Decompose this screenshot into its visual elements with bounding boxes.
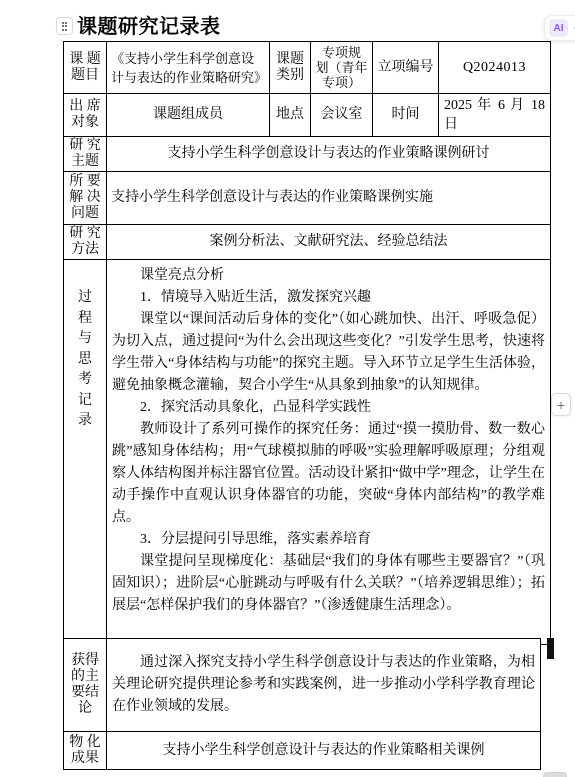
header-cell-category[interactable]: 课题 类别	[270, 42, 311, 94]
table-row-research-theme: 研 究 主题 支持小学生科学创意设计与表达的作业策略课例研讨	[64, 137, 551, 172]
process-paragraph: 1．情境导入贴近生活，激发探究兴趣	[112, 287, 545, 309]
table-row-method: 研 究 方法 案例分析法、文献研究法、经验总结法	[64, 225, 551, 260]
record-table: 课 题 题目 《支持小学生科学创意设计与表达的作业策略研究》 课题 类别 专项规…	[63, 41, 551, 645]
table-row-outcome: 物 化 成果 支持小学生科学创意设计与表达的作业策略相关课例	[64, 732, 541, 770]
process-paragraph: 教师设计了系列可操作的探究任务：通过“摸一摸肋骨、数一数心跳”感知身体结构；用“…	[112, 419, 545, 529]
process-paragraph: 课堂亮点分析	[112, 265, 545, 287]
process-paragraph: 课堂以“课间活动后身体的变化”（如心跳加快、出汗、呼吸急促）为切入点，通过提问“…	[112, 309, 545, 397]
scrollbar-fragment[interactable]	[543, 772, 567, 777]
value-cell-location[interactable]: 会议室	[311, 94, 373, 137]
value-cell-category[interactable]: 专项规 划（青年 专项）	[311, 42, 373, 94]
ai-toolbar: AI	[544, 15, 575, 41]
table-resize-handle[interactable]	[547, 638, 554, 659]
table-row-conclusion: 获得 的主 要结 论 通过深入探究支持小学生科学创意设计与表达的作业策略，为相关…	[64, 639, 541, 732]
header-cell-method[interactable]: 研 究 方法	[64, 225, 107, 260]
value-cell-outcome[interactable]: 支持小学生科学创意设计与表达的作业策略相关课例	[107, 732, 541, 770]
value-cell-topic[interactable]: 《支持小学生科学创意设计与表达的作业策略研究》	[107, 42, 270, 94]
table-row-process: 过 程 与 思 考 记 录 课堂亮点分析 1．情境导入贴近生活，激发探究兴趣 课…	[64, 260, 551, 645]
header-cell-time[interactable]: 时间	[373, 94, 439, 137]
header-cell-attendees[interactable]: 出 席 对象	[64, 94, 107, 137]
drag-handle[interactable]	[56, 17, 73, 35]
page-title[interactable]: 课题研究记录表	[77, 10, 221, 39]
table-row-topic: 课 题 题目 《支持小学生科学创意设计与表达的作业策略研究》 课题 类别 专项规…	[64, 42, 551, 94]
value-cell-attendees[interactable]: 课题组成员	[107, 94, 270, 137]
header-cell-location[interactable]: 地点	[270, 94, 311, 137]
insert-block-button[interactable]: +	[551, 393, 571, 416]
ai-button[interactable]: AI	[549, 19, 568, 37]
value-cell-date[interactable]: 2025 年 6 月 18 日	[439, 94, 551, 137]
header-cell-process[interactable]: 过 程 与 思 考 记 录	[64, 260, 107, 645]
table-row-attendance: 出 席 对象 课题组成员 地点 会议室 时间 2025 年 6 月 18 日	[64, 94, 551, 137]
process-paragraph: 3．分层提问引导思维，落实素养培育	[112, 529, 545, 551]
value-cell-project-code[interactable]: Q2024013	[439, 42, 551, 94]
value-cell-research-theme[interactable]: 支持小学生科学创意设计与表达的作业策略课例研讨	[107, 137, 551, 172]
header-cell-problem[interactable]: 所 要 解 决 问题	[64, 172, 107, 225]
header-cell-project-code[interactable]: 立项编号	[373, 42, 439, 94]
header-cell-conclusion[interactable]: 获得 的主 要结 论	[64, 639, 107, 732]
process-paragraph: 课堂提问呈现梯度化：基础层“我们的身体有哪些主要器官？”（巩固知识）；进阶层“心…	[112, 551, 545, 617]
value-cell-process[interactable]: 课堂亮点分析 1．情境导入贴近生活，激发探究兴趣 课堂以“课间活动后身体的变化”…	[107, 260, 551, 645]
table-row-problem: 所 要 解 决 问题 支持小学生科学创意设计与表达的作业策略课例实施	[64, 172, 551, 225]
value-cell-method[interactable]: 案例分析法、文献研究法、经验总结法	[107, 225, 551, 260]
process-paragraph: 2．探究活动具象化，凸显科学实践性	[112, 397, 545, 419]
header-cell-outcome[interactable]: 物 化 成果	[64, 732, 107, 770]
drag-dots-icon	[62, 22, 68, 31]
header-cell-topic[interactable]: 课 题 题目	[64, 42, 107, 94]
header-cell-research-theme[interactable]: 研 究 主题	[64, 137, 107, 172]
value-cell-conclusion[interactable]: 通过深入探究支持小学生科学创意设计与表达的作业策略，为相关理论研究提供理论参考和…	[107, 639, 541, 732]
conclusion-table: 获得 的主 要结 论 通过深入探究支持小学生科学创意设计与表达的作业策略，为相关…	[63, 638, 541, 770]
value-cell-problem[interactable]: 支持小学生科学创意设计与表达的作业策略课例实施	[107, 172, 551, 225]
